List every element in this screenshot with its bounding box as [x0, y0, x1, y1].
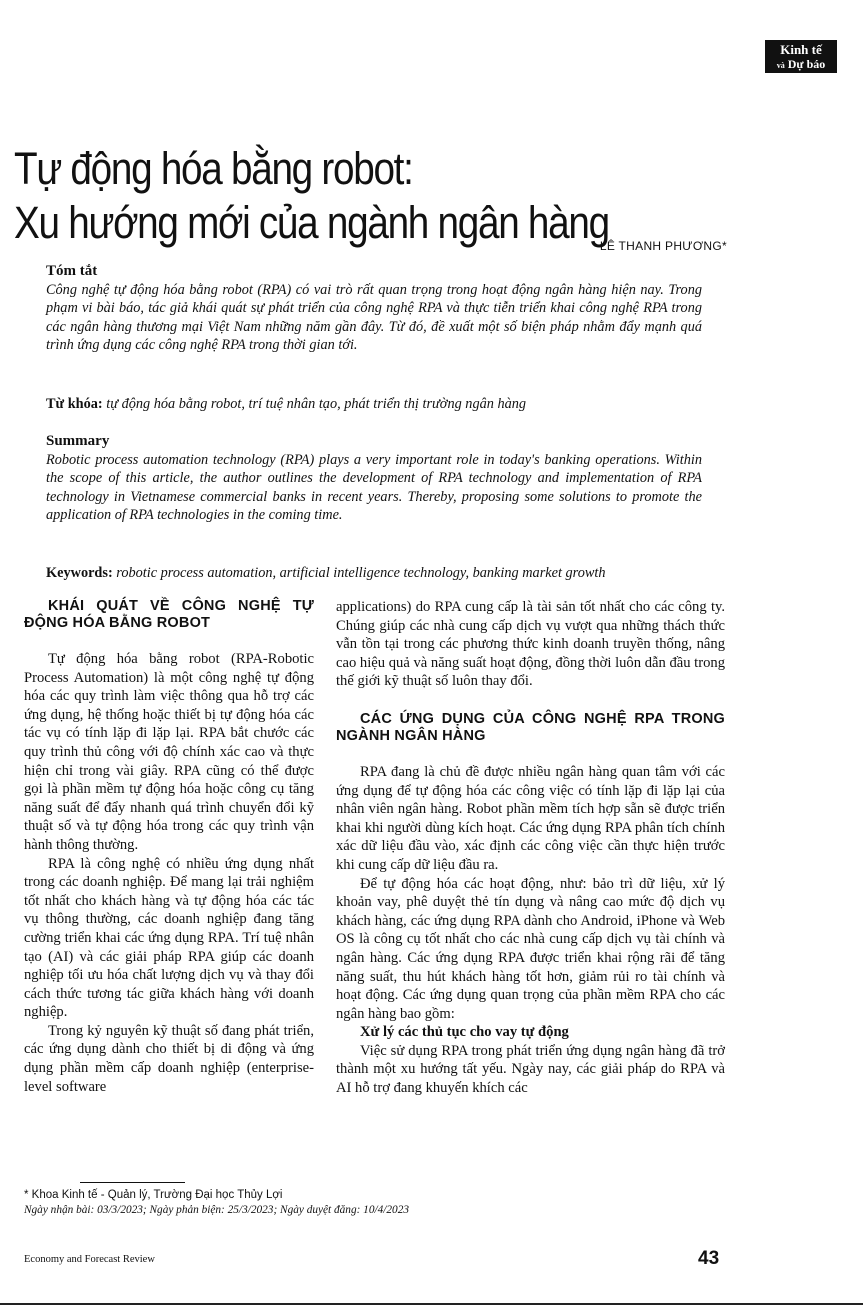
abstract-vi-text: Công nghệ tự động hóa bằng robot (RPA) c… [46, 281, 702, 355]
abstract-vietnamese: Tóm tắt Công nghệ tự động hóa bằng robot… [46, 262, 702, 355]
keywords-vietnamese: Từ khóa: tự động hóa bằng robot, trí tuệ… [46, 396, 726, 413]
body-column-left: KHÁI QUÁT VỀ CÔNG NGHỆ TỰ ĐỘNG HÓA BẰNG … [24, 598, 314, 1096]
keywords-vi-text: tự động hóa bằng robot, trí tuệ nhân tạo… [106, 396, 526, 412]
body-column-right: applications) do RPA cung cấp là tài sản… [336, 598, 725, 1098]
page-number: 43 [698, 1248, 719, 1270]
paragraph: Để tự động hóa các hoạt động, như: bảo t… [336, 875, 725, 1024]
paragraph: Tự động hóa bằng robot (RPA-Robotic Proc… [24, 650, 314, 855]
keywords-en-label: Keywords: [46, 565, 113, 581]
journal-logo: Kinh tế và Dự báo [765, 40, 837, 73]
keywords-vi-label: Từ khóa: [46, 396, 103, 412]
page-bottom-rule [0, 1303, 863, 1305]
journal-name-footer: Economy and Forecast Review [24, 1254, 155, 1265]
abstract-en-heading: Summary [46, 432, 702, 451]
paragraph: applications) do RPA cung cấp là tài sản… [336, 598, 725, 691]
footnote-divider [80, 1182, 185, 1183]
abstract-en-text: Robotic process automation technology (R… [46, 451, 702, 525]
abstract-vi-heading: Tóm tắt [46, 262, 702, 281]
title-line-2: Xu hướng mới của ngành ngân hàng [14, 196, 609, 250]
keywords-english: Keywords: robotic process automation, ar… [46, 565, 726, 582]
title-line-1: Tự động hóa bằng robot: [14, 142, 609, 196]
section-heading-overview: KHÁI QUÁT VỀ CÔNG NGHỆ TỰ ĐỘNG HÓA BẰNG … [24, 598, 314, 632]
logo-line-2: và Dự báo [765, 57, 837, 73]
paragraph: Việc sử dụng RPA trong phát triển ứng dụ… [336, 1042, 725, 1098]
logo-line-1: Kinh tế [765, 43, 837, 57]
paragraph: RPA đang là chủ đề được nhiều ngân hàng … [336, 763, 725, 875]
paragraph: Trong kỷ nguyên kỹ thuật số đang phát tr… [24, 1022, 314, 1096]
footnote-dates: Ngày nhận bài: 03/3/2023; Ngày phản biện… [24, 1204, 409, 1216]
subsection-heading-loans: Xử lý các thủ tục cho vay tự động [336, 1023, 725, 1042]
author-name: LÊ THANH PHƯƠNG* [600, 239, 727, 253]
paragraph: RPA là công nghệ có nhiều ứng dụng nhất … [24, 855, 314, 1022]
abstract-english: Summary Robotic process automation techn… [46, 432, 702, 525]
section-heading-applications: CÁC ỨNG DỤNG CỦA CÔNG NGHỆ RPA TRONG NGÀ… [336, 711, 725, 745]
keywords-en-text: robotic process automation, artificial i… [116, 565, 605, 581]
footnote-affiliation: * Khoa Kinh tế - Quản lý, Trường Đại học… [24, 1189, 282, 1201]
article-title: Tự động hóa bằng robot: Xu hướng mới của… [14, 142, 609, 250]
